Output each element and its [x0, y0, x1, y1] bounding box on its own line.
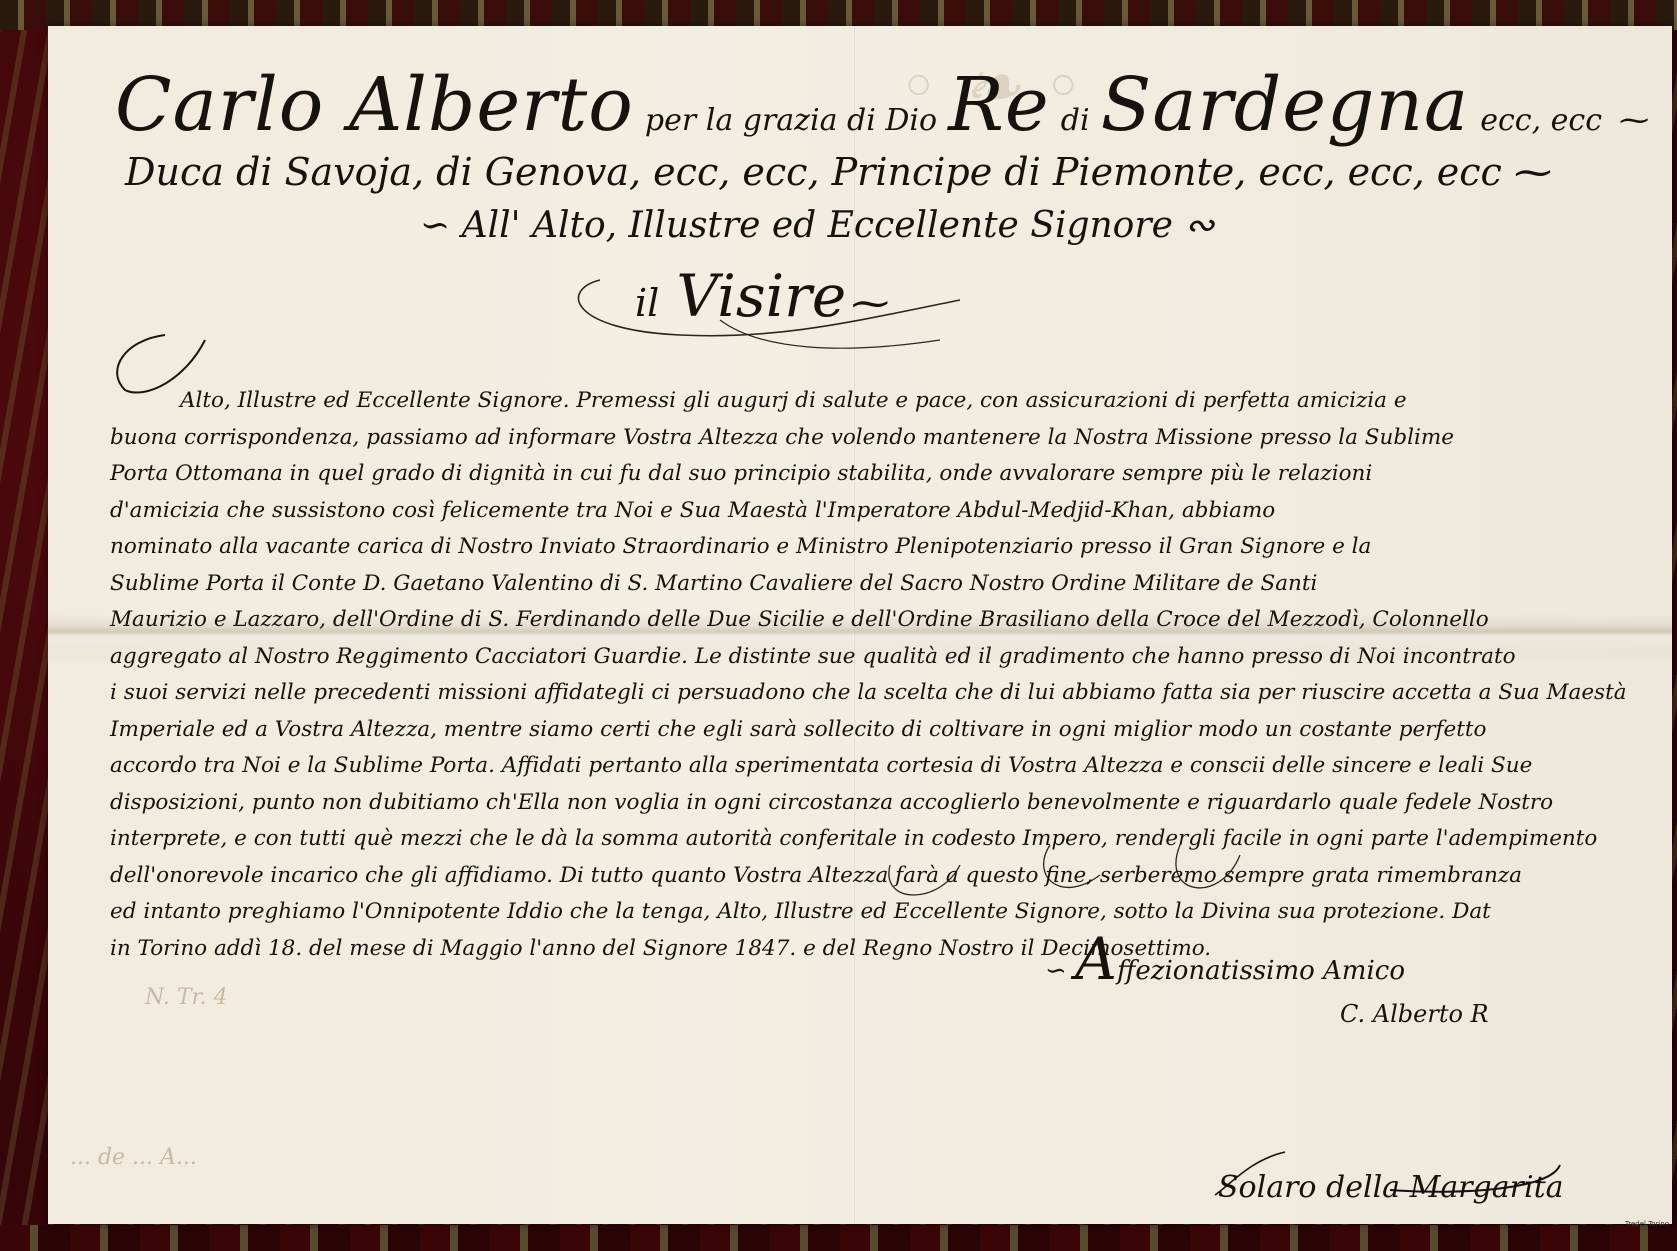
body-line: Maurizio e Lazzaro, dell'Ordine di S. Fe… — [110, 602, 1610, 639]
closing-initial: A — [1075, 925, 1117, 993]
address-text: All' Alto, Illustre ed Eccellente Signor… — [462, 205, 1173, 246]
closing-salutation: ∽ Affezionatissimo Amico — [1045, 925, 1405, 993]
title-di: di — [1061, 103, 1090, 138]
calligraphic-flourish-icon — [560, 250, 980, 360]
background-rug-bottom — [0, 1225, 1677, 1251]
flourish-dash: ⁓ — [1514, 150, 1552, 194]
body-line: buona corrispondenza, passiamo ad inform… — [110, 420, 1610, 457]
body-line: Porta Ottomana in quel grado di dignità … — [110, 456, 1610, 493]
sovereign-name: Carlo Alberto — [115, 62, 634, 148]
body-line: Alto, Illustre ed Eccellente Signore. Pr… — [110, 383, 1610, 420]
body-line: nominato alla vacante carica di Nostro I… — [110, 529, 1610, 566]
flourish-left-icon: ∽ — [420, 205, 462, 246]
ecc-abbrev: ecc, ecc — [1480, 103, 1602, 138]
body-line: interprete, e con tutti què mezzi che le… — [110, 821, 1610, 858]
body-line: i suoi servizi nelle precedenti missioni… — [110, 675, 1610, 712]
signature-flourish-icon — [1380, 1150, 1580, 1200]
body-line: Imperiale ed a Vostra Altezza, mentre si… — [110, 712, 1610, 749]
printer-mark: Tredel Torino — [1625, 1220, 1669, 1228]
body-line: aggregato al Nostro Reggimento Cacciator… — [110, 639, 1610, 676]
grace-formula: per la grazia di Dio — [645, 103, 937, 138]
header-line-titles: Duca di Savoja, di Genova, ecc, ecc, Pri… — [125, 150, 1552, 194]
kingdom-name: Sardegna — [1101, 62, 1470, 148]
body-line: accordo tra Noi e la Sublime Porta. Affi… — [110, 748, 1610, 785]
body-line: Sublime Porta il Conte D. Gaetano Valent… — [110, 566, 1610, 603]
titles-text: Duca di Savoja, di Genova, ecc, ecc, Pri… — [125, 150, 1502, 194]
signature-stroke-icon — [1210, 1150, 1290, 1200]
header-line-sovereign: Carlo Alberto per la grazia di Dio Re di… — [115, 62, 1655, 148]
signature-king: C. Alberto R — [1340, 1000, 1489, 1028]
closing-text: ffezionatissimo Amico — [1117, 956, 1405, 986]
letter-body: Alto, Illustre ed Eccellente Signore. Pr… — [110, 383, 1610, 967]
flourish-right-icon: ∾ — [1184, 205, 1214, 246]
body-line: dell'onorevole incarico che gli affidiam… — [110, 858, 1610, 895]
flourish-dash: ⁓ — [1619, 103, 1649, 138]
faint-notation: N. Tr. 4 — [145, 985, 228, 1010]
faint-notation: ... de ... A... — [70, 1145, 197, 1170]
flourish-left-icon: ∽ — [1045, 956, 1075, 986]
body-line: d'amicizia che sussistono così felicemen… — [110, 493, 1610, 530]
body-line: disposizioni, punto non dubitiamo ch'Ell… — [110, 785, 1610, 822]
header-line-address: ∽ All' Alto, Illustre ed Eccellente Sign… — [420, 205, 1215, 246]
title-re: Re — [948, 62, 1050, 148]
